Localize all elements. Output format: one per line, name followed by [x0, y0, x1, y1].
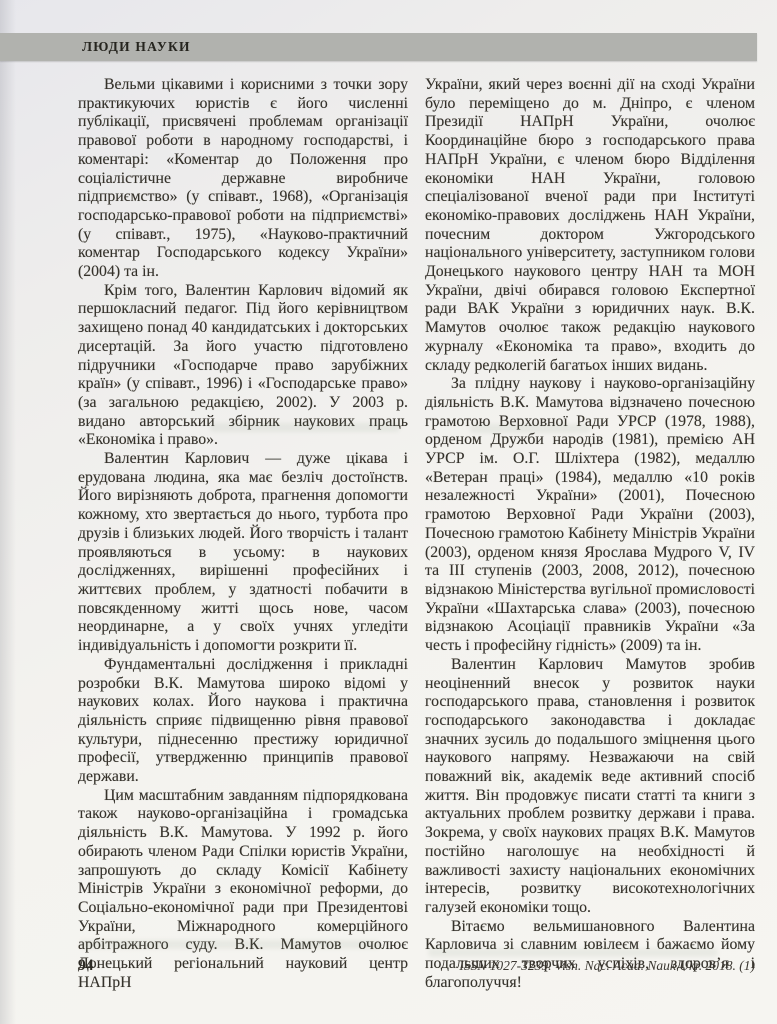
- section-header-bar: ЛЮДИ НАУКИ: [0, 33, 757, 61]
- article-body: Вельми цікавими і корисними з точки зору…: [78, 76, 755, 992]
- paragraph: Вельми цікавими і корисними з точки зору…: [78, 76, 408, 282]
- journal-page: ЛЮДИ НАУКИ Вельми цікавими і корисними з…: [0, 0, 777, 1024]
- right-column: України, який через воєнні дії на сході …: [425, 76, 755, 992]
- page-footer: 94 ISSN 1027-3239. Visn. Nac. Acad. Nauk…: [78, 957, 755, 975]
- paragraph: Вітаємо вельмишановного Валентина Карлов…: [425, 918, 755, 993]
- section-title: ЛЮДИ НАУКИ: [82, 39, 191, 55]
- issn-citation: ISSN 1027-3239. Visn. Nac. Acad. Nauk Uk…: [459, 958, 755, 974]
- paragraph-continuation: України, який через воєнні дії на сході …: [425, 76, 755, 375]
- left-column: Вельми цікавими і корисними з точки зору…: [78, 76, 408, 992]
- paragraph: Валентин Карлович — дуже цікава і ерудов…: [78, 450, 408, 656]
- scan-gutter-shadow: [0, 0, 16, 1024]
- page-number: 94: [78, 957, 94, 975]
- paragraph: Валентин Карлович Мамутов зробив неоціне…: [425, 656, 755, 918]
- paragraph: За плідну наукову і науково-організаційн…: [425, 375, 755, 656]
- paragraph: Фундаментальні дослідження і прикладні р…: [78, 656, 408, 787]
- paragraph: Крім того, Валентин Карлович відомий як …: [78, 282, 408, 450]
